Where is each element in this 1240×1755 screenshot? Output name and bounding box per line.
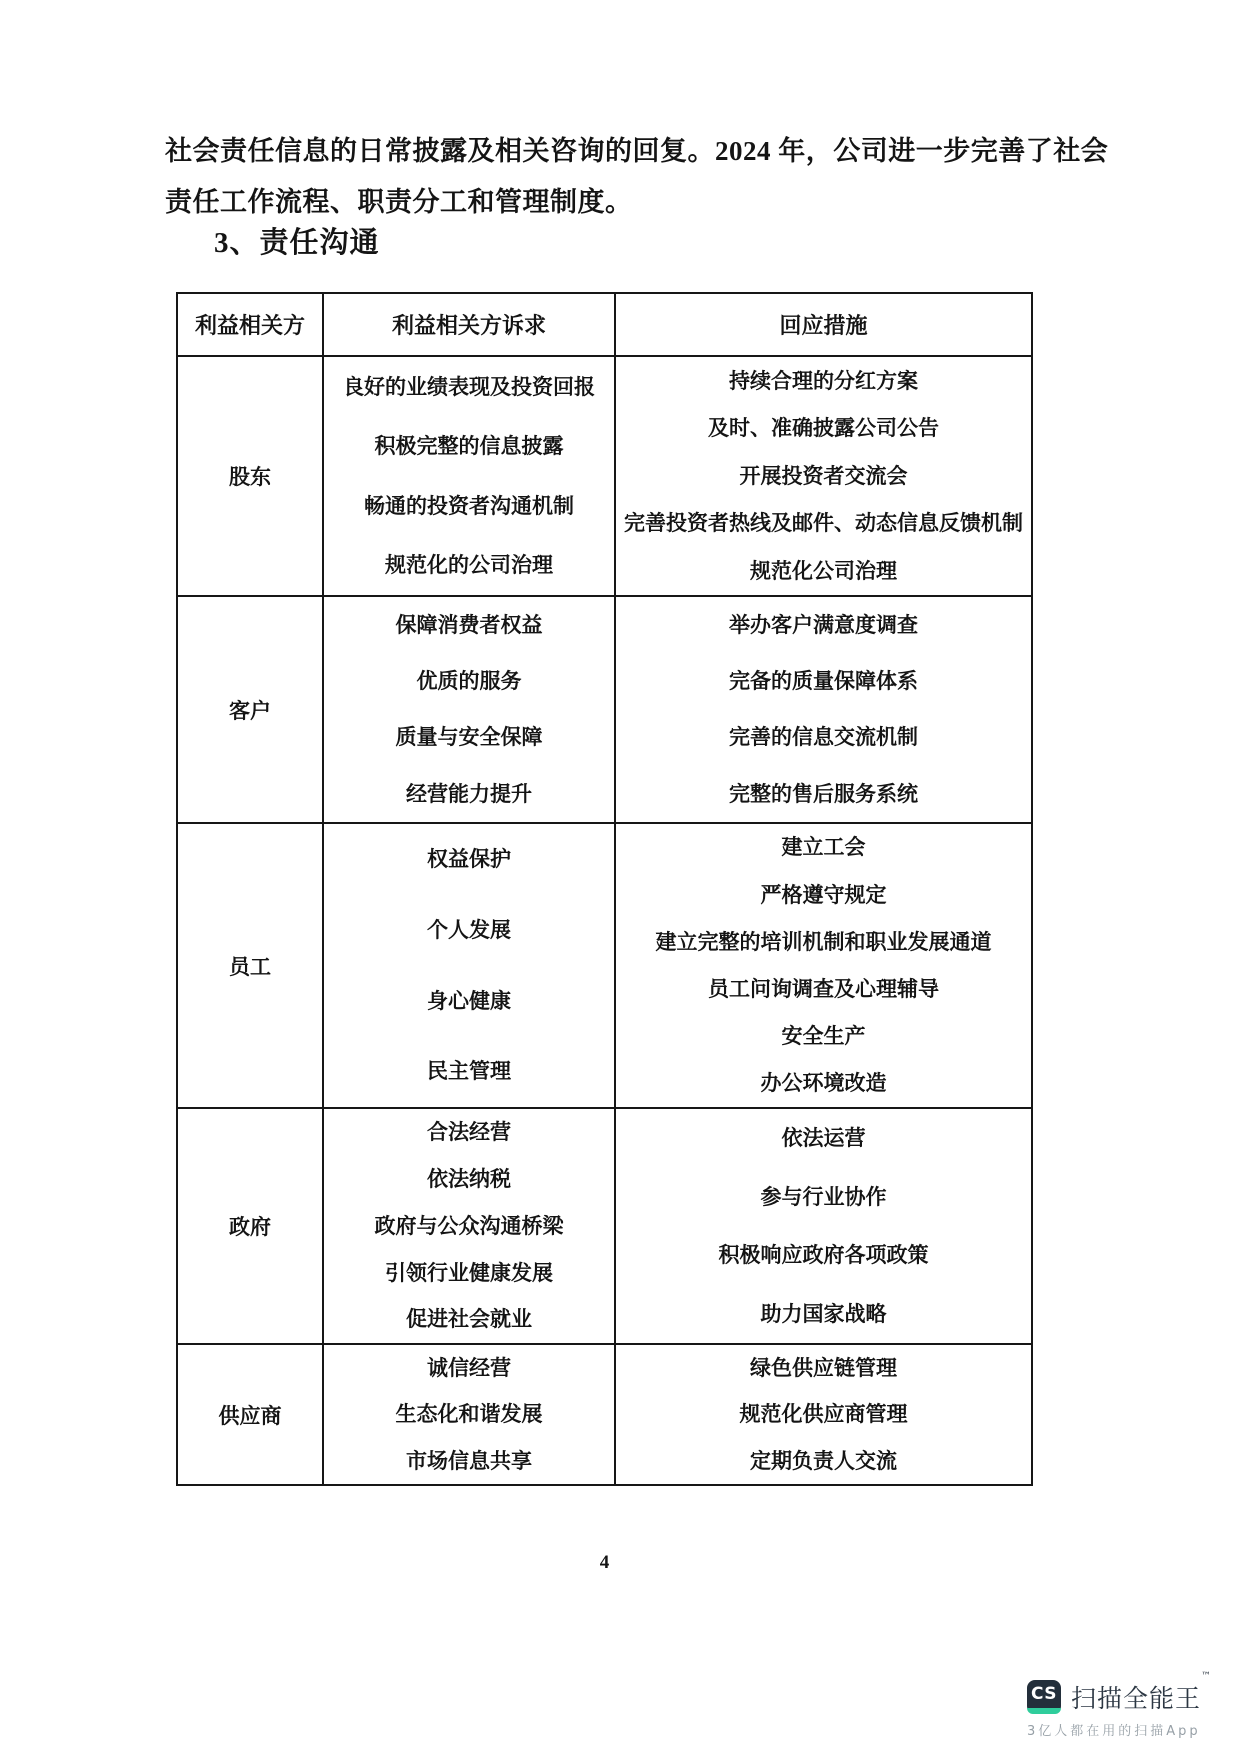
camscanner-cs-icon: CS: [1027, 1680, 1061, 1714]
camscanner-logo-row: CS 扫描全能王™: [1027, 1679, 1212, 1715]
stakeholder-name-cell: 员工: [178, 824, 322, 1107]
measure-line: 积极响应政府各项政策: [719, 1241, 929, 1269]
measure-line: 建立工会: [782, 833, 866, 861]
demand-line: 身心健康: [427, 987, 511, 1015]
paragraph-line: 社会责任信息的日常披露及相关咨询的回复。2024 年，公司进一步完善了社会: [165, 126, 1083, 177]
measure-line: 完善投资者热线及邮件、动态信息反馈机制: [624, 509, 1023, 537]
measure-line: 建立完整的培训机制和职业发展通道: [656, 928, 992, 956]
demand-line: 权益保护: [427, 845, 511, 873]
demands-cell: 权益保护 个人发展 身心健康 民主管理: [322, 824, 614, 1107]
demand-line: 良好的业绩表现及投资回报: [343, 373, 595, 401]
demand-line: 保障消费者权益: [396, 611, 543, 639]
demands-cell: 良好的业绩表现及投资回报 积极完整的信息披露 畅通的投资者沟通机制 规范化的公司…: [322, 357, 614, 595]
header-cell-measures: 回应措施: [614, 294, 1031, 355]
demand-line: 生态化和谐发展: [396, 1400, 543, 1428]
document-page: 社会责任信息的日常披露及相关咨询的回复。2024 年，公司进一步完善了社会 责任…: [0, 0, 1240, 1755]
header-cell-demands: 利益相关方诉求: [322, 294, 614, 355]
measures-cell: 持续合理的分红方案 及时、准确披露公司公告 开展投资者交流会 完善投资者热线及邮…: [614, 357, 1031, 595]
stakeholder-name-cell: 客户: [178, 597, 322, 822]
demand-line: 市场信息共享: [406, 1447, 532, 1475]
demand-line: 合法经营: [427, 1118, 511, 1146]
demand-line: 优质的服务: [417, 667, 522, 695]
measure-line: 依法运营: [782, 1124, 866, 1152]
demand-line: 引领行业健康发展: [385, 1259, 553, 1287]
camscanner-brand-name: 扫描全能王™: [1071, 1679, 1212, 1715]
measure-line: 参与行业协作: [761, 1183, 887, 1211]
camscanner-watermark: CS 扫描全能王™ 3亿人都在用的扫描App: [1027, 1679, 1212, 1739]
measures-cell: 绿色供应链管理 规范化供应商管理 定期负责人交流: [614, 1345, 1031, 1484]
measure-line: 及时、准确披露公司公告: [708, 414, 939, 442]
cs-badge-letters: CS: [1027, 1680, 1061, 1708]
measure-line: 严格遵守规定: [761, 881, 887, 909]
measure-line: 员工问询调查及心理辅导: [708, 975, 939, 1003]
demands-cell: 保障消费者权益 优质的服务 质量与安全保障 经营能力提升: [322, 597, 614, 822]
table-header-row: 利益相关方 利益相关方诉求 回应措施: [178, 294, 1031, 355]
measure-line: 开展投资者交流会: [740, 462, 908, 490]
body-paragraph: 社会责任信息的日常披露及相关咨询的回复。2024 年，公司进一步完善了社会 责任…: [165, 126, 1083, 228]
measure-line: 持续合理的分红方案: [729, 367, 918, 395]
stakeholder-name-cell: 供应商: [178, 1345, 322, 1484]
table-row-employees: 员工 权益保护 个人发展 身心健康 民主管理 建立工会 严格遵守规定 建立完整的…: [178, 822, 1031, 1107]
measure-line: 规范化供应商管理: [740, 1400, 908, 1428]
stakeholder-name-cell: 股东: [178, 357, 322, 595]
measure-line: 绿色供应链管理: [750, 1354, 897, 1382]
demand-line: 质量与安全保障: [396, 723, 543, 751]
measure-line: 助力国家战略: [761, 1300, 887, 1328]
measure-line: 完整的售后服务系统: [729, 780, 918, 808]
measure-line: 定期负责人交流: [750, 1447, 897, 1475]
stakeholder-name-cell: 政府: [178, 1109, 322, 1343]
measure-line: 完善的信息交流机制: [729, 723, 918, 751]
table-row-government: 政府 合法经营 依法纳税 政府与公众沟通桥梁 引领行业健康发展 促进社会就业 依…: [178, 1107, 1031, 1343]
measures-cell: 举办客户满意度调查 完备的质量保障体系 完善的信息交流机制 完整的售后服务系统: [614, 597, 1031, 822]
measure-line: 办公环境改造: [761, 1069, 887, 1097]
demand-line: 民主管理: [427, 1057, 511, 1085]
measures-cell: 建立工会 严格遵守规定 建立完整的培训机制和职业发展通道 员工问询调查及心理辅导…: [614, 824, 1031, 1107]
stakeholder-table: 利益相关方 利益相关方诉求 回应措施 股东 良好的业绩表现及投资回报 积极完整的…: [176, 292, 1033, 1486]
demand-line: 诚信经营: [427, 1354, 511, 1382]
demand-line: 政府与公众沟通桥梁: [375, 1212, 564, 1240]
demand-line: 依法纳税: [427, 1165, 511, 1193]
trademark-symbol: ™: [1201, 1671, 1212, 1682]
table-row-customers: 客户 保障消费者权益 优质的服务 质量与安全保障 经营能力提升 举办客户满意度调…: [178, 595, 1031, 822]
section-heading: 3、责任沟通: [214, 220, 380, 261]
demand-line: 畅通的投资者沟通机制: [364, 492, 574, 520]
measure-line: 安全生产: [782, 1022, 866, 1050]
demand-line: 规范化的公司治理: [385, 551, 553, 579]
measure-line: 举办客户满意度调查: [729, 611, 918, 639]
demand-line: 积极完整的信息披露: [375, 432, 564, 460]
brand-text: 扫描全能王: [1071, 1684, 1201, 1713]
measure-line: 完备的质量保障体系: [729, 667, 918, 695]
page-number: 4: [176, 1552, 1033, 1574]
demands-cell: 合法经营 依法纳税 政府与公众沟通桥梁 引领行业健康发展 促进社会就业: [322, 1109, 614, 1343]
demands-cell: 诚信经营 生态化和谐发展 市场信息共享: [322, 1345, 614, 1484]
measure-line: 规范化公司治理: [750, 557, 897, 585]
table-row-suppliers: 供应商 诚信经营 生态化和谐发展 市场信息共享 绿色供应链管理 规范化供应商管理…: [178, 1343, 1031, 1484]
demand-line: 个人发展: [427, 916, 511, 944]
cs-badge-accent-bar: [1027, 1708, 1061, 1714]
demand-line: 经营能力提升: [406, 780, 532, 808]
header-cell-stakeholder: 利益相关方: [178, 294, 322, 355]
camscanner-tagline: 3亿人都在用的扫描App: [1027, 1720, 1212, 1739]
table-row-shareholders: 股东 良好的业绩表现及投资回报 积极完整的信息披露 畅通的投资者沟通机制 规范化…: [178, 355, 1031, 595]
measures-cell: 依法运营 参与行业协作 积极响应政府各项政策 助力国家战略: [614, 1109, 1031, 1343]
demand-line: 促进社会就业: [406, 1305, 532, 1333]
